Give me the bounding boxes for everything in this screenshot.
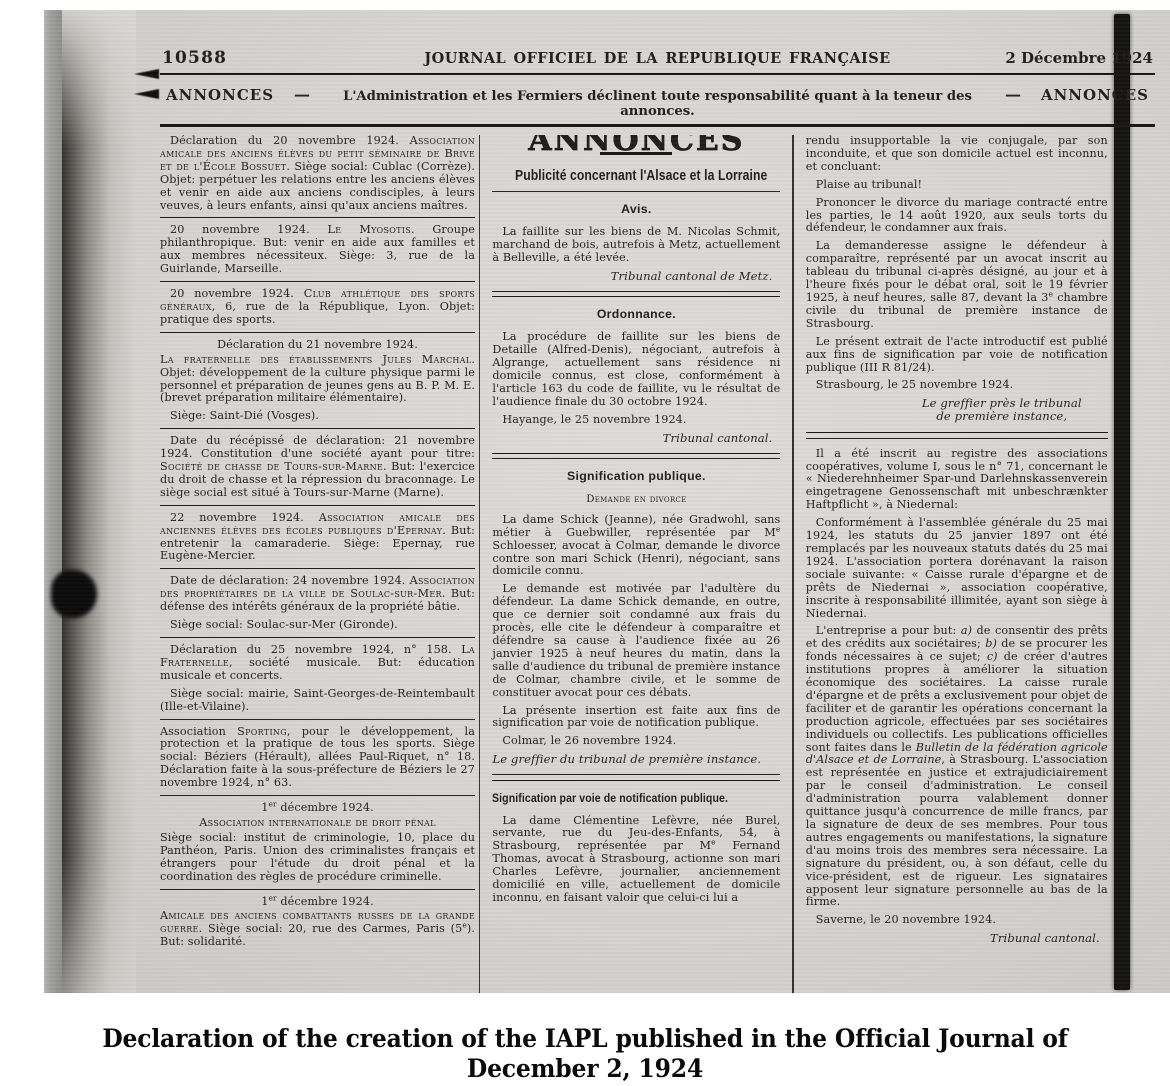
journal-title: JOURNAL OFFICIEL DE LA REPUBLIQUE FRANÇA…	[362, 50, 953, 67]
columns: Déclaration du 20 novembre 1924. Associa…	[160, 135, 1155, 993]
annonces-title: ANNONCES	[492, 135, 780, 148]
annonces-banner: ANNONCES — L'Administration et les Fermi…	[160, 85, 1155, 119]
column-annonces: ANNONCESPublicité concernant l'Alsace et…	[492, 135, 780, 993]
notice-paragraph: 20 novembre 1924. Le Myosotis. Groupe ph…	[160, 224, 475, 276]
separator-rule	[492, 191, 780, 192]
section-heading: Signification publique.	[492, 470, 780, 483]
separator-rule	[160, 217, 475, 218]
scanner-edge-strip	[44, 10, 62, 993]
notice-paragraph: Le demande est motivée par l'adultère du…	[492, 583, 780, 699]
separator-rule	[160, 889, 475, 890]
column-divider	[792, 135, 793, 993]
page-content: 10588 JOURNAL OFFICIEL DE LA REPUBLIQUE …	[160, 48, 1155, 993]
notice-paragraph: La faillite sur les biens de M. Nicolas …	[492, 226, 780, 265]
tribunal-signature: Tribunal cantonal.	[806, 932, 1108, 945]
notice-paragraph: La procédure de faillite sur les biens d…	[492, 331, 780, 408]
date-heading: Déclaration du 21 novembre 1924.	[160, 339, 475, 352]
date-heading: 1er décembre 1924.	[160, 802, 475, 815]
section-heading: Signification par voie de notification p…	[492, 792, 745, 805]
banner-disclaimer: L'Administration et les Fermiers décline…	[330, 89, 985, 119]
notice-paragraph: Déclaration du 25 novembre 1924, n° 158.…	[160, 644, 475, 683]
notice-paragraph: La demanderesse assigne le défendeur à c…	[806, 240, 1108, 330]
tribunal-signature: Tribunal cantonal de Metz.	[492, 270, 780, 283]
banner-annonces-right: ANNONCES	[1041, 86, 1149, 104]
notice-paragraph: Siège social: mairie, Saint-Georges-de-R…	[160, 688, 475, 714]
separator-rule	[160, 505, 475, 506]
section-heading: Ordonnance.	[492, 308, 780, 321]
scan-artifact	[134, 89, 159, 99]
notice-paragraph: Amicale des anciens combattants russes d…	[160, 910, 475, 949]
notice-paragraph: L'entreprise a pour but: a) de consentir…	[806, 625, 1108, 909]
double-separator-rule	[492, 291, 780, 298]
section-heading: Avis.	[492, 203, 780, 216]
masthead-rule	[160, 73, 1155, 78]
scan-artifact	[134, 69, 159, 79]
figure-caption-text: Declaration of the creation of the IAPL …	[47, 1024, 1123, 1084]
banner-dash: —	[1005, 85, 1021, 104]
notice-paragraph: Strasbourg, le 25 novembre 1924.	[806, 379, 1108, 392]
notice-paragraph: Association Sporting, pour le développem…	[160, 726, 475, 791]
notice-paragraph: Il a été inscrit au registre des associa…	[806, 448, 1108, 513]
separator-rule	[160, 568, 475, 569]
greffier-signature: Le greffier du tribunal de première inst…	[492, 753, 780, 766]
separator-rule	[160, 332, 475, 333]
column-divider	[479, 135, 480, 993]
notice-paragraph: Date de déclaration: 24 novembre 1924. A…	[160, 575, 475, 614]
notice-paragraph: Déclaration du 20 novembre 1924. Associa…	[160, 135, 475, 212]
notice-paragraph: La dame Schick (Jeanne), née Gradwohl, s…	[492, 514, 780, 579]
issue-date: 2 Décembre 1924	[953, 49, 1153, 67]
notice-paragraph: Conformément à l'assemblée générale du 2…	[806, 517, 1108, 620]
masthead: 10588 JOURNAL OFFICIEL DE LA REPUBLIQUE …	[160, 48, 1155, 68]
column-notifications: rendu insupportable la vie conjugale, pa…	[806, 135, 1108, 993]
figure-caption: Declaration of the creation of the IAPL …	[0, 1024, 1170, 1084]
separator-rule	[160, 428, 475, 429]
notice-paragraph: Prononcer le divorce du mariage contract…	[806, 197, 1108, 236]
association-name-heading: Association internationale de droit péna…	[160, 817, 475, 830]
double-separator-rule	[492, 453, 780, 460]
double-separator-rule	[492, 774, 780, 781]
notice-paragraph: Le présent extrait de l'acte introductif…	[806, 336, 1108, 375]
double-separator-rule	[806, 432, 1108, 439]
notice-paragraph: Hayange, le 25 novembre 1924.	[492, 414, 780, 427]
separator-rule	[160, 795, 475, 796]
page-number: 10588	[162, 48, 362, 68]
notice-paragraph: Siège social: institut de criminologie, …	[160, 832, 475, 884]
notice-paragraph: 20 novembre 1924. Club athlétique des sp…	[160, 288, 475, 327]
notice-paragraph: Date du récépissé de déclaration: 21 nov…	[160, 435, 475, 500]
column-declarations: Déclaration du 20 novembre 1924. Associa…	[160, 135, 479, 993]
separator-rule	[160, 281, 475, 282]
separator-rule	[160, 637, 475, 638]
date-heading: 1er décembre 1924.	[160, 896, 475, 909]
journal-page-scan: 10588 JOURNAL OFFICIEL DE LA REPUBLIQUE …	[44, 10, 1170, 993]
notice-paragraph: Saverne, le 20 novembre 1924.	[806, 914, 1108, 927]
notice-paragraph: Colmar, le 26 novembre 1924.	[492, 735, 780, 748]
binding-clip-blob	[51, 570, 97, 618]
spine-shadow	[62, 10, 136, 993]
separator-rule	[160, 719, 475, 720]
notice-paragraph: Siège: Saint-Dié (Vosges).	[160, 410, 475, 423]
tribunal-signature: Tribunal cantonal.	[492, 432, 780, 445]
notice-paragraph: La dame Clémentine Lefèvre, née Burel, s…	[492, 815, 780, 905]
notice-paragraph: La fraternelle des établissements Jules …	[160, 354, 475, 406]
notice-paragraph: Plaise au tribunal!	[806, 179, 1108, 192]
banner-rule	[160, 124, 1155, 127]
greffier-signature: Le greffier près le tribunal de première…	[896, 397, 1108, 423]
notice-paragraph: Siège social: Soulac-sur-Mer (Gironde).	[160, 619, 475, 632]
banner-dash: —	[294, 85, 310, 104]
divorce-subheading: Demande en divorce	[492, 493, 780, 506]
alsace-lorraine-subtitle: Publicité concernant l'Alsace et la Lorr…	[515, 170, 757, 183]
notice-paragraph: rendu insupportable la vie conjugale, pa…	[806, 135, 1108, 174]
notice-paragraph: La présente insertion est faite aux fins…	[492, 705, 780, 731]
notice-paragraph: 22 novembre 1924. Association amicale de…	[160, 512, 475, 564]
banner-annonces-left: ANNONCES	[166, 86, 274, 104]
